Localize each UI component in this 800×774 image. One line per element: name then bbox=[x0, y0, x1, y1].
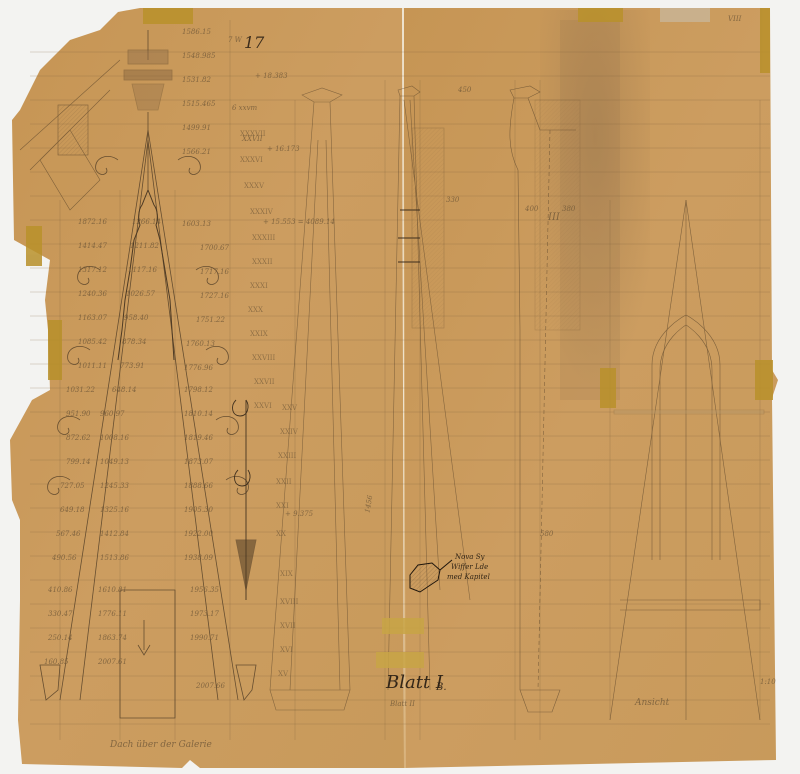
roman-numeral: XXXI bbox=[250, 282, 268, 290]
dim-380: 380 bbox=[562, 205, 575, 213]
roman-numeral: XXXII bbox=[252, 258, 272, 266]
scale-label: 1:10 bbox=[760, 678, 776, 686]
dim-9375: + 9.375 bbox=[285, 510, 313, 518]
label-6: 6 xxvm bbox=[232, 104, 257, 112]
ink-note-2: Wiffer Lde bbox=[451, 563, 488, 571]
dim-450: 450 bbox=[458, 86, 471, 94]
left-value: 1872.16 bbox=[78, 218, 107, 226]
left-value: 1031.22 bbox=[66, 386, 95, 394]
right-value: 1888.66 bbox=[184, 482, 213, 490]
right-value: 1499.91 bbox=[182, 124, 211, 132]
sheet-number: 17 bbox=[244, 33, 264, 52]
right-value: 1810.14 bbox=[184, 410, 213, 418]
roman-numeral: XXVIII bbox=[252, 354, 275, 362]
mid-value: 1026.57 bbox=[126, 290, 155, 298]
left-value: 160.85 bbox=[44, 658, 69, 666]
left-value: 1414.47 bbox=[78, 242, 107, 250]
mid-value: 960.97 bbox=[100, 410, 125, 418]
right-value: 1531.82 bbox=[182, 76, 211, 84]
right-value: 1819.46 bbox=[184, 434, 213, 442]
roman-numeral: XXII bbox=[276, 478, 292, 486]
ink-note-3: med Kapitel bbox=[447, 573, 490, 581]
blatt-signature: Blatt I bbox=[386, 672, 443, 693]
mid-value: 878.34 bbox=[122, 338, 147, 346]
left-value: 799.14 bbox=[66, 458, 91, 466]
mid-value: 773.91 bbox=[120, 362, 145, 370]
right-value: 1776.96 bbox=[184, 364, 213, 372]
roman-numeral: XXIX bbox=[250, 330, 268, 338]
mid-value: 1325.16 bbox=[100, 506, 129, 514]
mid-value: 1776.11 bbox=[98, 610, 127, 618]
right-roman: III bbox=[548, 212, 560, 223]
mid-value: 2007.61 bbox=[98, 658, 127, 666]
top-right-roman: VIII bbox=[728, 15, 741, 23]
dim-400: 400 bbox=[525, 205, 538, 213]
left-value: 1317.12 bbox=[78, 266, 107, 274]
left-value: 330.47 bbox=[48, 610, 73, 618]
left-value: 649.18 bbox=[60, 506, 85, 514]
right-value: 1548.985 bbox=[182, 52, 215, 60]
mid-value: 1863.74 bbox=[98, 634, 127, 642]
roman-numeral: XXI bbox=[276, 502, 289, 510]
right-value: 1956.35 bbox=[190, 586, 219, 594]
roman-numeral: XXXIV bbox=[250, 208, 273, 216]
mid-value: 1412.84 bbox=[100, 530, 129, 538]
mid-value: 648.14 bbox=[112, 386, 137, 394]
dim-330: 330 bbox=[446, 196, 459, 204]
right-value: 1515.465 bbox=[182, 100, 215, 108]
bottom-right-caption: Ansicht bbox=[635, 698, 669, 708]
roman-numeral: XXIV bbox=[280, 428, 298, 436]
left-value: 1240.36 bbox=[78, 290, 107, 298]
left-value: 872.62 bbox=[66, 434, 91, 442]
roman-numeral: XXXVII bbox=[240, 130, 266, 138]
left-value: 410.86 bbox=[48, 586, 73, 594]
dim-15: + 15.553 = 4089.14 bbox=[263, 218, 335, 226]
right-value: 1973.17 bbox=[190, 610, 219, 618]
top-label: 7 W bbox=[228, 36, 242, 44]
left-value: 727.05 bbox=[60, 482, 85, 490]
roman-numeral: XXX bbox=[248, 306, 263, 314]
roman-numeral: XVIII bbox=[280, 598, 298, 606]
left-value: 1085.42 bbox=[78, 338, 107, 346]
roman-numeral: XX bbox=[276, 530, 286, 538]
blatt-suffix: B. bbox=[436, 682, 447, 693]
right-value: 1603.13 bbox=[182, 220, 211, 228]
mid-value: 1008.16 bbox=[100, 434, 129, 442]
bottom-left-caption: Dach über der Galerie bbox=[110, 740, 212, 750]
mid-value: 1266.14 bbox=[132, 218, 161, 226]
left-value: 490.56 bbox=[52, 554, 77, 562]
left-value: 1163.07 bbox=[78, 314, 107, 322]
right-value: 1751.22 bbox=[196, 316, 225, 324]
roman-numeral: XVII bbox=[280, 622, 296, 630]
right-value: 1905.30 bbox=[184, 506, 213, 514]
right-value: 1700.67 bbox=[200, 244, 229, 252]
right-value: 2007.66 bbox=[196, 682, 225, 690]
left-value: 951.90 bbox=[66, 410, 91, 418]
right-value: 1938.09 bbox=[184, 554, 213, 562]
ink-note-1: Nova Sy bbox=[455, 553, 484, 561]
roman-numeral: XXVII bbox=[254, 378, 275, 386]
left-value: 1011.11 bbox=[78, 362, 107, 370]
right-value: 1922.00 bbox=[184, 530, 213, 538]
right-value: 1566.21 bbox=[182, 148, 211, 156]
mid-value: 1610.81 bbox=[98, 586, 127, 594]
roman-numeral: XXIII bbox=[278, 452, 296, 460]
right-value: 1727.16 bbox=[200, 292, 229, 300]
roman-numeral: XV bbox=[278, 670, 288, 678]
right-value: 1760.13 bbox=[186, 340, 215, 348]
roman-numeral: XVI bbox=[280, 646, 293, 654]
mid-value: 1245.33 bbox=[100, 482, 129, 490]
right-value: 1873.07 bbox=[184, 458, 213, 466]
right-value: 1798.12 bbox=[184, 386, 213, 394]
roman-numeral: XXV bbox=[282, 404, 297, 412]
elevation-top: + 18.383 bbox=[255, 72, 288, 80]
roman-numeral: XIX bbox=[280, 570, 293, 578]
right-value: 1586.15 bbox=[182, 28, 211, 36]
mid-value: 1513.86 bbox=[100, 554, 129, 562]
right-value: 1990.71 bbox=[190, 634, 219, 642]
dim-580: 580 bbox=[540, 530, 553, 538]
roman-numeral: XXVI bbox=[254, 402, 272, 410]
bottom-mid-caption: Blatt II bbox=[390, 700, 415, 708]
mid-value: 1117.16 bbox=[128, 266, 157, 274]
roman-numeral: XXXIII bbox=[252, 234, 275, 242]
dim-16: + 16.173 bbox=[267, 145, 300, 153]
mid-value: 958.40 bbox=[124, 314, 149, 322]
roman-numeral: XXXV bbox=[244, 182, 264, 190]
right-value: 1717.16 bbox=[200, 268, 229, 276]
roman-numeral: XXXVI bbox=[240, 156, 263, 164]
left-value: 567.46 bbox=[56, 530, 81, 538]
left-value: 250.14 bbox=[48, 634, 73, 642]
mid-value: 1211.82 bbox=[130, 242, 159, 250]
mid-value: 1049.13 bbox=[100, 458, 129, 466]
